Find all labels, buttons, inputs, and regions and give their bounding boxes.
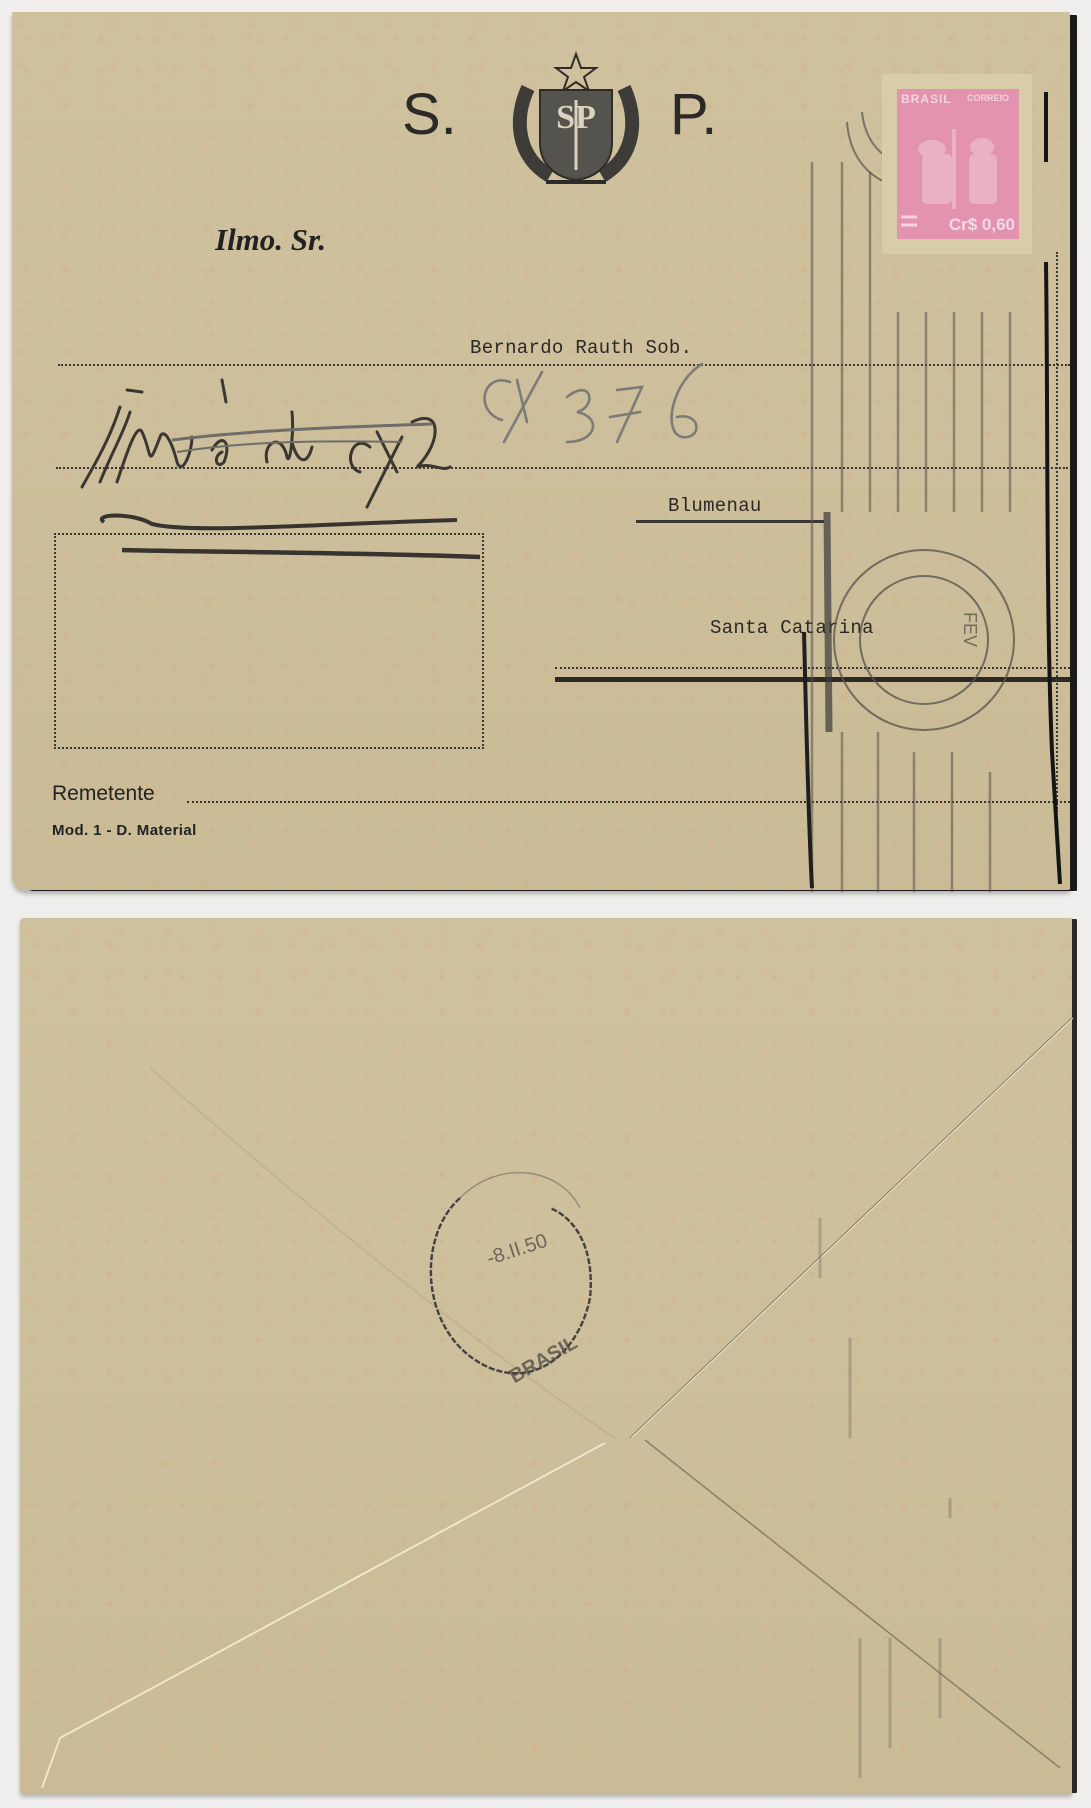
envelope-back: -8.II.50 BRASIL bbox=[20, 918, 1072, 1794]
back-postmark-country: BRASIL bbox=[506, 1332, 581, 1388]
stamp-value: Cr$ 0,60 bbox=[949, 215, 1015, 235]
envelope-front: S. P. SP Ilmo. Sr. Bernardo Rauth Sob. B… bbox=[12, 12, 1070, 890]
back-postmark-date: -8.II.50 bbox=[484, 1230, 550, 1270]
svg-text:FEV: FEV bbox=[960, 612, 980, 647]
postage-stamp: BRASIL CORREIO Cr$ 0,60 bbox=[897, 89, 1019, 239]
envelope-back-flaps: -8.II.50 BRASIL bbox=[20, 918, 1072, 1794]
